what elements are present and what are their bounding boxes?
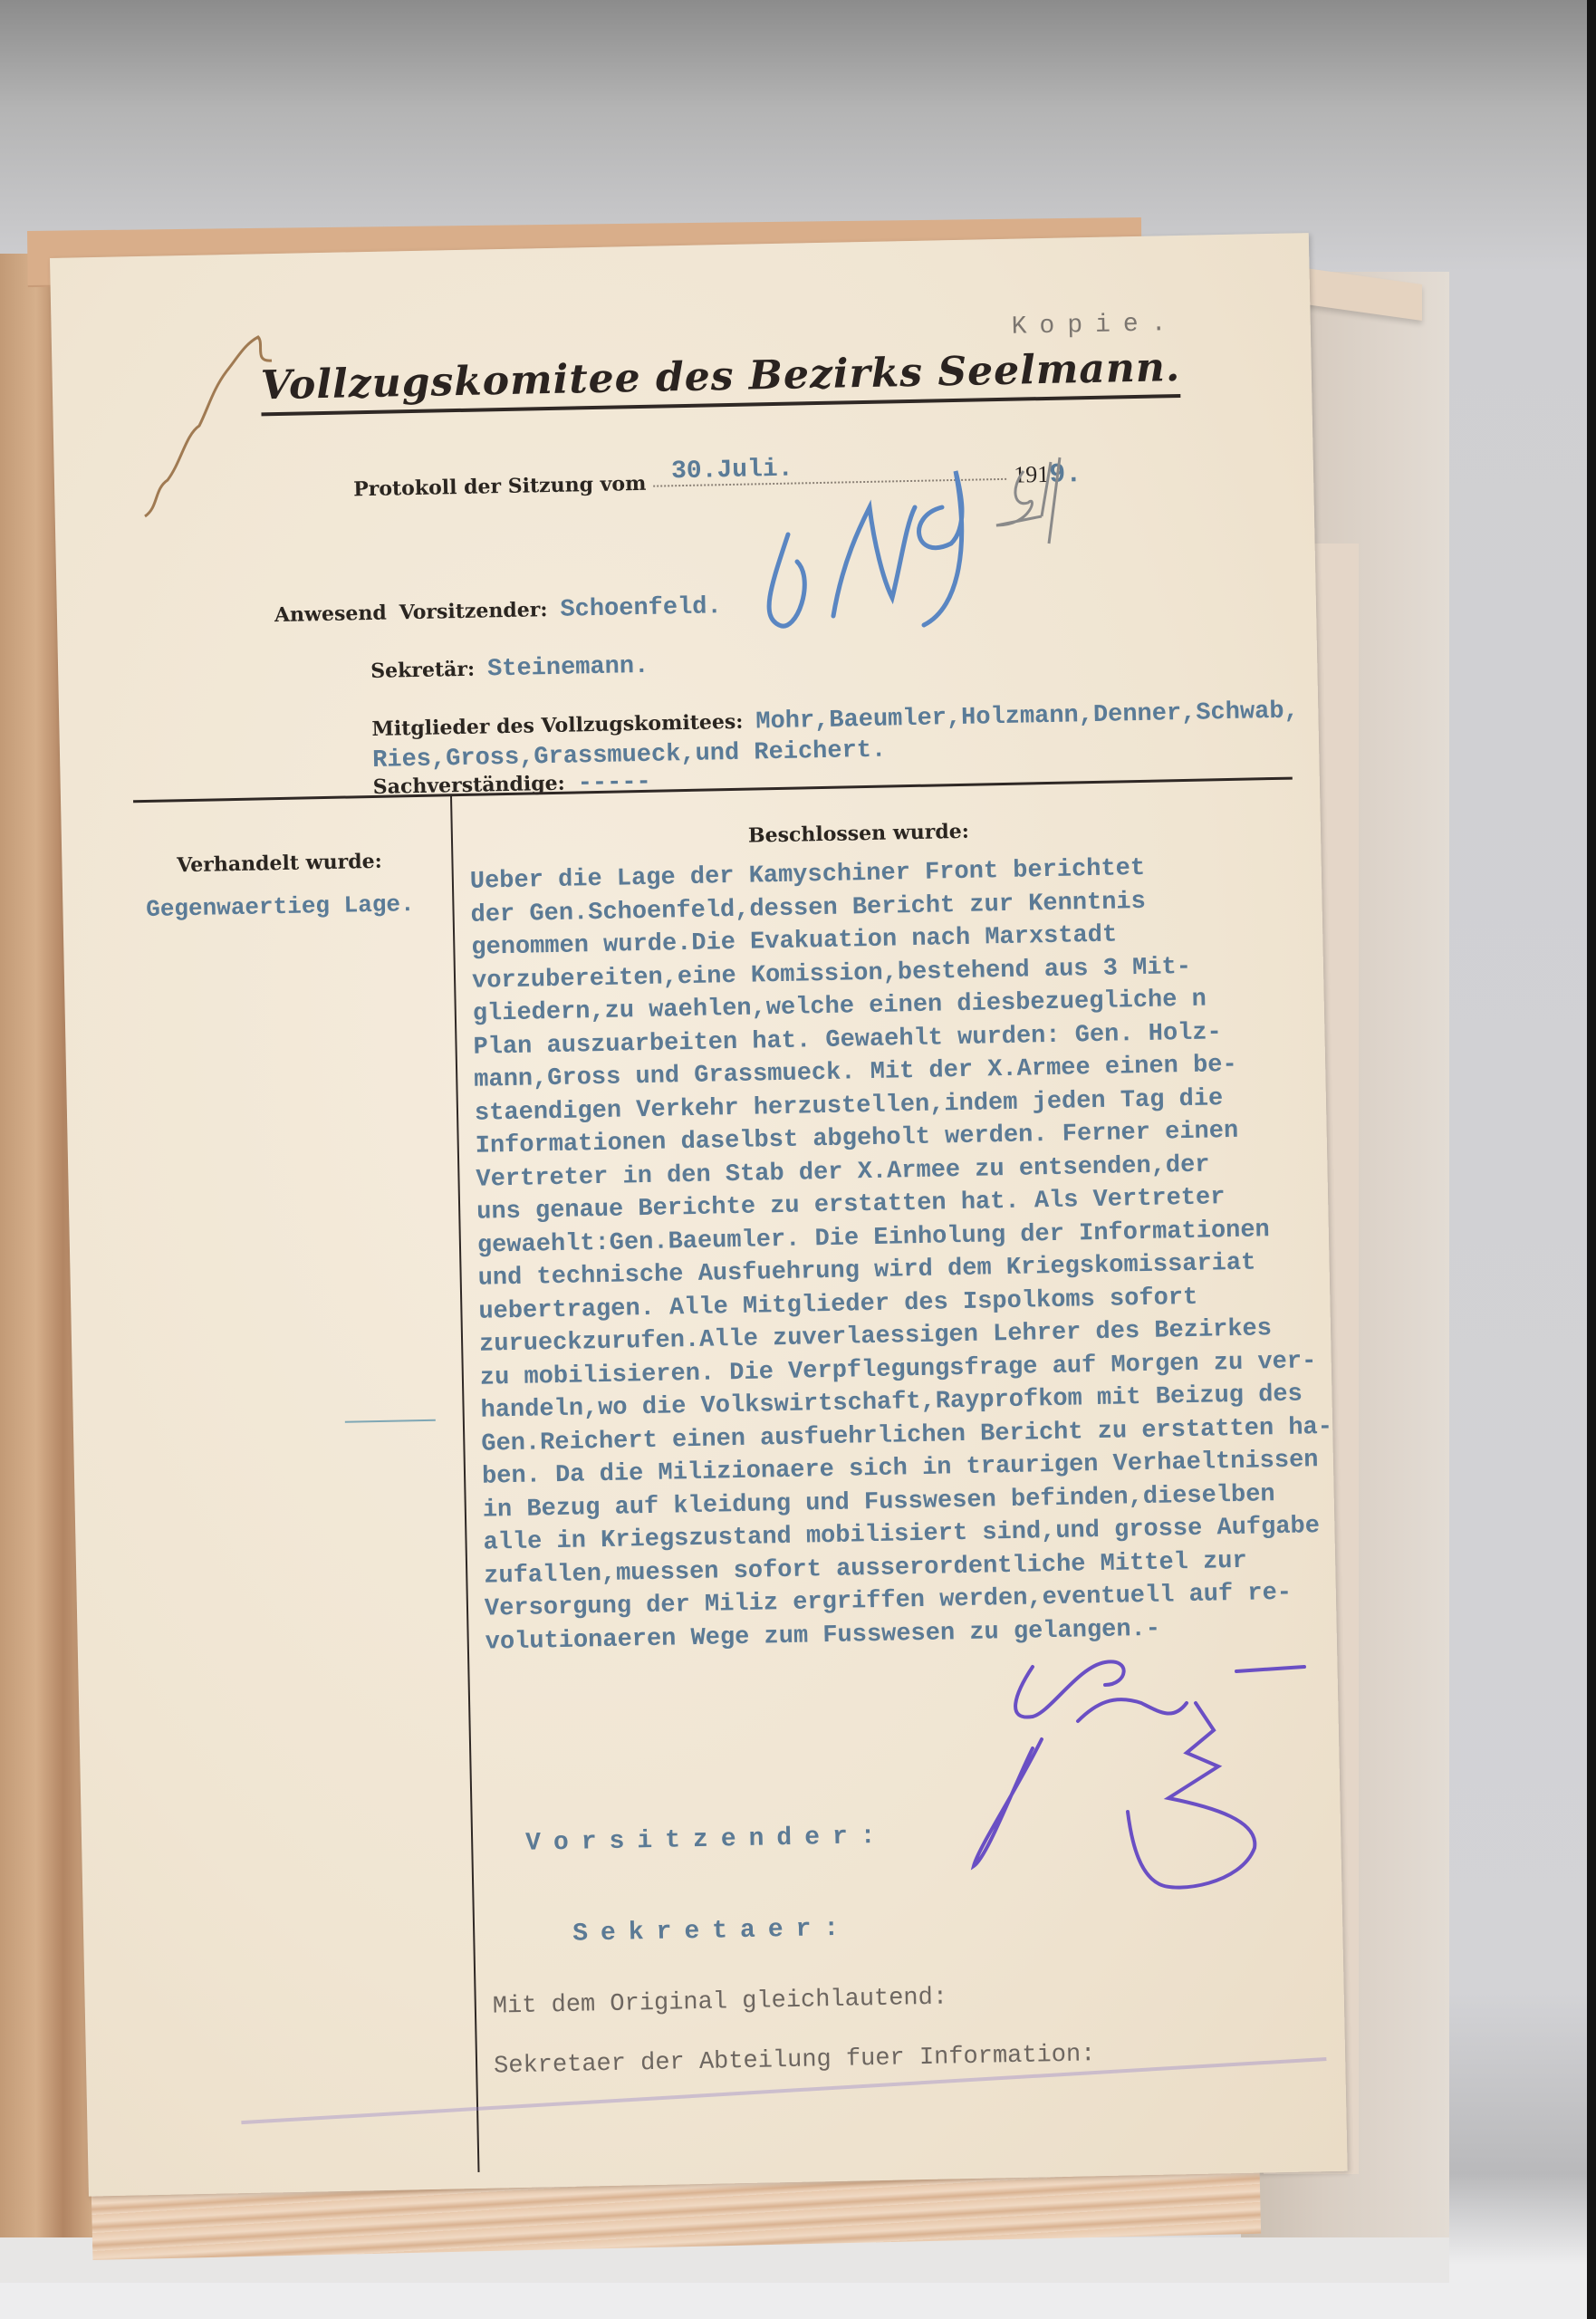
grey-pencil-number-icon xyxy=(996,457,1060,544)
signature-icon xyxy=(974,1661,1304,1887)
blue-pencil-mark-icon xyxy=(769,471,962,626)
margin-note-icon xyxy=(145,337,272,516)
handwriting-overlay xyxy=(0,0,1596,2319)
